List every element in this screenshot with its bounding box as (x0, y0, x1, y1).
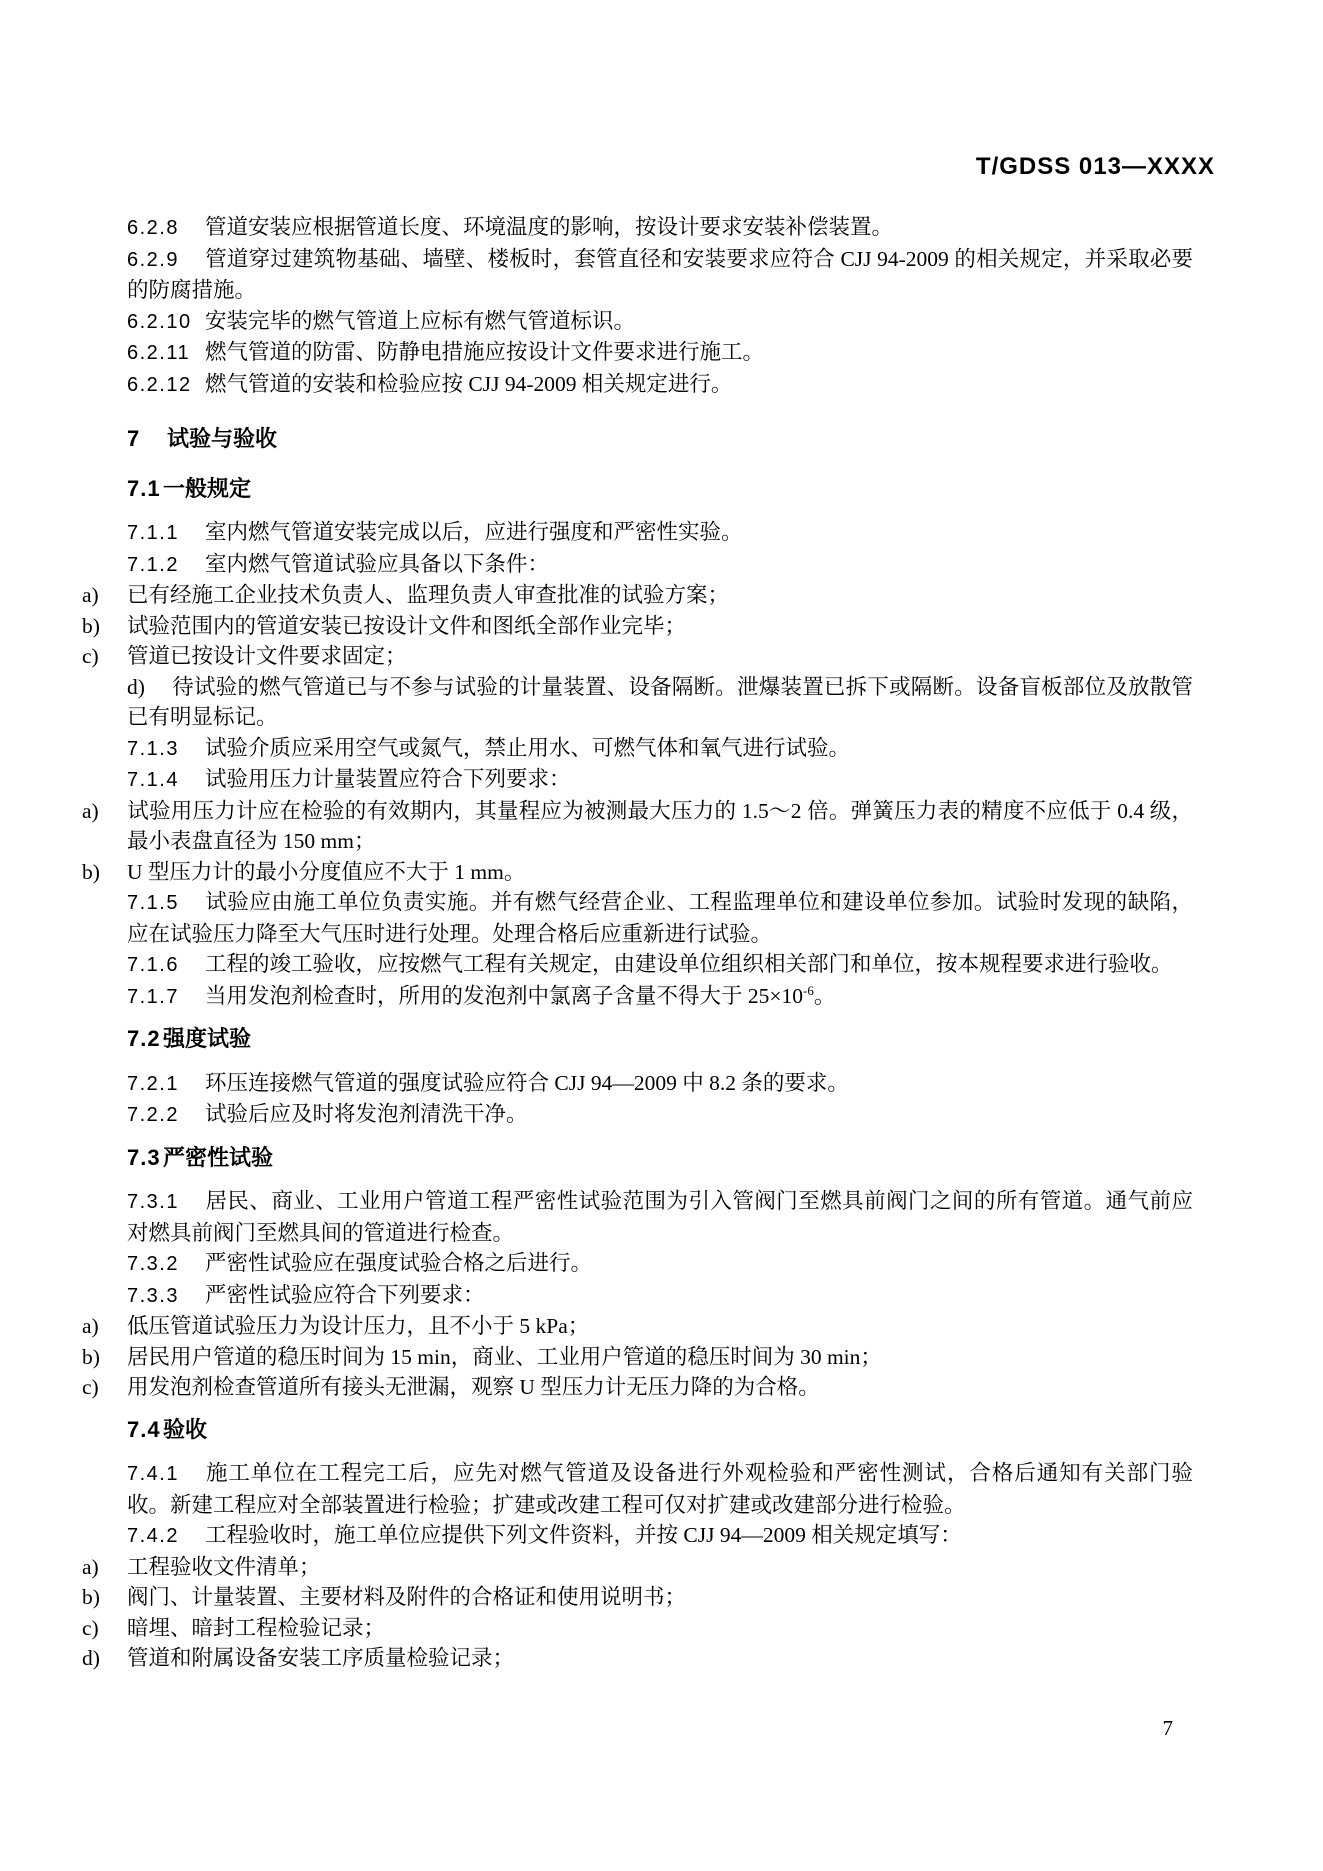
list-item-label: b) (82, 1582, 127, 1613)
clause-7-1-5: 7.1.5试验应由施工单位负责实施。并有燃气经营企业、工程监理单位和建设单位参加… (127, 887, 1193, 949)
clause-6-2-8: 6.2.8管道安装应根据管道长度、环境温度的影响，按设计要求安装补偿装置。 (127, 212, 1193, 244)
subsection-number: 7.1 (127, 474, 163, 505)
list-item-text: 阀门、计量装置、主要材料及附件的合格证和使用说明书； (127, 1585, 686, 1609)
clause-7-1-3: 7.1.3试验介质应采用空气或氮气，禁止用水、可燃气体和氧气进行试验。 (127, 733, 1193, 765)
clause-7-1-7: 7.1.7当用发泡剂检查时，所用的发泡剂中氯离子含量不得大于 25×10-6。 (127, 981, 1193, 1013)
clause-text: 室内燃气管道试验应具备以下条件： (205, 552, 549, 576)
list-item-text: 暗埋、暗封工程检验记录； (127, 1616, 385, 1640)
clause-text: 试验应由施工单位负责实施。并有燃气经营企业、工程监理单位和建设单位参加。试验时发… (127, 890, 1193, 946)
clause-text: 当用发泡剂检查时，所用的发泡剂中氯离子含量不得大于 25×10 (205, 984, 803, 1008)
clause-number: 7.3.3 (127, 1281, 205, 1312)
list-item-text: 用发泡剂检查管道所有接头无泄漏，观察 U 型压力计无压力降的为合格。 (127, 1375, 820, 1399)
list-item-label: d) (127, 672, 172, 703)
list-item-text: U 型压力计的最小分度值应不大于 1 mm。 (127, 860, 525, 884)
list-item-a: a)试验用压力计应在检验的有效期内，其量程应为被测最大压力的 1.5～2 倍。弹… (127, 796, 1193, 857)
section-heading-7: 7试验与验收 (127, 424, 1193, 455)
clause-number: 7.3.1 (127, 1187, 205, 1218)
list-item-c: c)管道已按设计文件要求固定； (127, 641, 1193, 672)
clause-7-3-2: 7.3.2严密性试验应在强度试验合格之后进行。 (127, 1248, 1193, 1280)
clause-number: 7.1.7 (127, 982, 205, 1013)
clause-text: 管道安装应根据管道长度、环境温度的影响，按设计要求安装补偿装置。 (205, 215, 893, 239)
clause-number: 6.2.10 (127, 307, 205, 338)
clause-number: 7.2.1 (127, 1069, 205, 1100)
subsection-heading-7-1: 7.1一般规定 (127, 474, 1193, 505)
list-item-label: c) (82, 641, 127, 672)
clause-6-2-12: 6.2.12燃气管道的安装和检验应按 CJJ 94-2009 相关规定进行。 (127, 369, 1193, 401)
subsection-number: 7.3 (127, 1143, 163, 1174)
list-item-text: 居民用户管道的稳压时间为 15 min，商业、工业用户管道的稳压时间为 30 m… (127, 1345, 882, 1369)
section-title: 试验与验收 (167, 426, 277, 451)
list-item-text: 待试验的燃气管道已与不参与试验的计量装置、设备隔断。泄爆装置已拆下或隔断。设备盲… (127, 675, 1193, 730)
clause-text: 燃气管道的安装和检验应按 CJJ 94-2009 相关规定进行。 (205, 372, 732, 396)
list-item-label: b) (82, 857, 127, 888)
list-item-c: c)暗埋、暗封工程检验记录； (127, 1613, 1193, 1644)
clause-text: 严密性试验应在强度试验合格之后进行。 (205, 1251, 592, 1275)
clause-number: 6.2.12 (127, 370, 205, 401)
clause-number: 6.2.9 (127, 245, 205, 276)
clause-7-1-2: 7.1.2室内燃气管道试验应具备以下条件： (127, 549, 1193, 581)
clause-number: 7.3.2 (127, 1249, 205, 1280)
clause-number: 7.1.2 (127, 550, 205, 581)
list-item-text: 试验用压力计应在检验的有效期内，其量程应为被测最大压力的 1.5～2 倍。弹簧压… (127, 799, 1193, 854)
clause-number: 7.1.4 (127, 765, 205, 796)
list-item-a: a)已有经施工企业技术负责人、监理负责人审查批准的试验方案； (127, 580, 1193, 611)
list-item-label: b) (82, 611, 127, 642)
list-item-label: c) (82, 1613, 127, 1644)
list-item-a: a)低压管道试验压力为设计压力，且不小于 5 kPa； (127, 1311, 1193, 1342)
clause-text: 试验后应及时将发泡剂清洗干净。 (205, 1102, 528, 1126)
clause-7-1-1: 7.1.1室内燃气管道安装完成以后，应进行强度和严密性实验。 (127, 517, 1193, 549)
clause-7-1-6: 7.1.6工程的竣工验收，应按燃气工程有关规定，由建设单位组织相关部门和单位，按… (127, 949, 1193, 981)
superscript-exponent: -6 (803, 982, 814, 997)
subsection-heading-7-2: 7.2强度试验 (127, 1024, 1193, 1055)
clause-7-2-1: 7.2.1环压连接燃气管道的强度试验应符合 CJJ 94—2009 中 8.2 … (127, 1068, 1193, 1100)
list-item-label: b) (82, 1342, 127, 1373)
list-item-d: d)待试验的燃气管道已与不参与试验的计量装置、设备隔断。泄爆装置已拆下或隔断。设… (127, 672, 1193, 733)
clause-6-2-9: 6.2.9管道穿过建筑物基础、墙壁、楼板时，套管直径和安装要求应符合 CJJ 9… (127, 244, 1193, 306)
clause-number: 6.2.11 (127, 338, 205, 369)
clause-6-2-10: 6.2.10安装完毕的燃气管道上应标有燃气管道标识。 (127, 306, 1193, 338)
clause-text: 工程验收时，施工单位应提供下列文件资料，并按 CJJ 94—2009 相关规定填… (205, 1523, 962, 1547)
clause-number: 7.1.5 (127, 888, 205, 919)
subsection-title: 一般规定 (163, 476, 251, 501)
list-item-b: b)阀门、计量装置、主要材料及附件的合格证和使用说明书； (127, 1582, 1193, 1613)
list-item-d: d)管道和附属设备安装工序质量检验记录； (127, 1643, 1193, 1674)
list-item-text: 低压管道试验压力为设计压力，且不小于 5 kPa； (127, 1314, 589, 1338)
list-item-label: a) (82, 1311, 127, 1342)
clause-7-1-4: 7.1.4试验用压力计量装置应符合下列要求： (127, 764, 1193, 796)
list-item-label: a) (82, 796, 127, 827)
clause-number: 7.1.3 (127, 734, 205, 765)
document-code-header: T/GDSS 013—XXXX (976, 153, 1215, 181)
clause-number: 7.1.1 (127, 518, 205, 549)
list-item-b: b)居民用户管道的稳压时间为 15 min，商业、工业用户管道的稳压时间为 30… (127, 1342, 1193, 1373)
clause-text: 工程的竣工验收，应按燃气工程有关规定，由建设单位组织相关部门和单位，按本规程要求… (205, 952, 1173, 976)
clause-number: 7.1.6 (127, 950, 205, 981)
section-number: 7 (127, 424, 167, 455)
list-item-text: 管道和附属设备安装工序质量检验记录； (127, 1646, 514, 1670)
page-number: 7 (1163, 1716, 1174, 1741)
list-item-label: d) (82, 1643, 127, 1674)
clause-text: 严密性试验应符合下列要求： (205, 1283, 485, 1307)
clause-7-3-3: 7.3.3严密性试验应符合下列要求： (127, 1280, 1193, 1312)
clause-number: 6.2.8 (127, 213, 205, 244)
clause-text-tail: 。 (814, 984, 836, 1008)
clause-7-3-1: 7.3.1居民、商业、工业用户管道工程严密性试验范围为引入管阀门至燃具前阀门之间… (127, 1186, 1193, 1248)
subsection-title: 严密性试验 (163, 1145, 273, 1170)
document-page: T/GDSS 013—XXXX 6.2.8管道安装应根据管道长度、环境温度的影响… (0, 0, 1323, 1871)
list-item-a: a)工程验收文件清单； (127, 1552, 1193, 1583)
list-item-b: b)试验范围内的管道安装已按设计文件和图纸全部作业完毕； (127, 611, 1193, 642)
list-item-text: 管道已按设计文件要求固定； (127, 644, 407, 668)
clause-number: 7.4.2 (127, 1521, 205, 1552)
clause-text: 试验用压力计量装置应符合下列要求： (205, 767, 571, 791)
clause-7-4-1: 7.4.1施工单位在工程完工后，应先对燃气管道及设备进行外观检验和严密性测试，合… (127, 1458, 1193, 1520)
list-item-label: a) (82, 580, 127, 611)
list-item-text: 已有经施工企业技术负责人、监理负责人审查批准的试验方案； (127, 583, 729, 607)
list-item-label: a) (82, 1552, 127, 1583)
clause-7-2-2: 7.2.2试验后应及时将发泡剂清洗干净。 (127, 1099, 1193, 1131)
subsection-heading-7-3: 7.3严密性试验 (127, 1143, 1193, 1174)
subsection-number: 7.2 (127, 1024, 163, 1055)
list-item-label: c) (82, 1372, 127, 1403)
subsection-title: 验收 (163, 1417, 207, 1442)
subsection-number: 7.4 (127, 1415, 163, 1446)
list-item-text: 试验范围内的管道安装已按设计文件和图纸全部作业完毕； (127, 614, 686, 638)
clause-text: 安装完毕的燃气管道上应标有燃气管道标识。 (205, 309, 635, 333)
subsection-title: 强度试验 (163, 1026, 251, 1051)
clause-7-4-2: 7.4.2工程验收时，施工单位应提供下列文件资料，并按 CJJ 94—2009 … (127, 1520, 1193, 1552)
clause-text: 试验介质应采用空气或氮气，禁止用水、可燃气体和氧气进行试验。 (205, 736, 850, 760)
clause-text: 环压连接燃气管道的强度试验应符合 CJJ 94—2009 中 8.2 条的要求。 (205, 1071, 849, 1095)
clause-number: 7.2.2 (127, 1100, 205, 1131)
clause-text: 燃气管道的防雷、防静电措施应按设计文件要求进行施工。 (205, 340, 764, 364)
list-item-b: b)U 型压力计的最小分度值应不大于 1 mm。 (127, 857, 1193, 888)
clause-text: 室内燃气管道安装完成以后，应进行强度和严密性实验。 (205, 520, 743, 544)
subsection-heading-7-4: 7.4验收 (127, 1415, 1193, 1446)
clause-6-2-11: 6.2.11燃气管道的防雷、防静电措施应按设计文件要求进行施工。 (127, 337, 1193, 369)
clause-number: 7.4.1 (127, 1459, 205, 1490)
document-body: 6.2.8管道安装应根据管道长度、环境温度的影响，按设计要求安装补偿装置。 6.… (127, 212, 1193, 1674)
clause-text: 管道穿过建筑物基础、墙壁、楼板时，套管直径和安装要求应符合 CJJ 94-200… (127, 247, 1193, 303)
list-item-text: 工程验收文件清单； (127, 1555, 321, 1579)
clause-text: 居民、商业、工业用户管道工程严密性试验范围为引入管阀门至燃具前阀门之间的所有管道… (127, 1189, 1193, 1245)
clause-text: 施工单位在工程完工后，应先对燃气管道及设备进行外观检验和严密性测试，合格后通知有… (127, 1461, 1193, 1517)
list-item-c: c)用发泡剂检查管道所有接头无泄漏，观察 U 型压力计无压力降的为合格。 (127, 1372, 1193, 1403)
